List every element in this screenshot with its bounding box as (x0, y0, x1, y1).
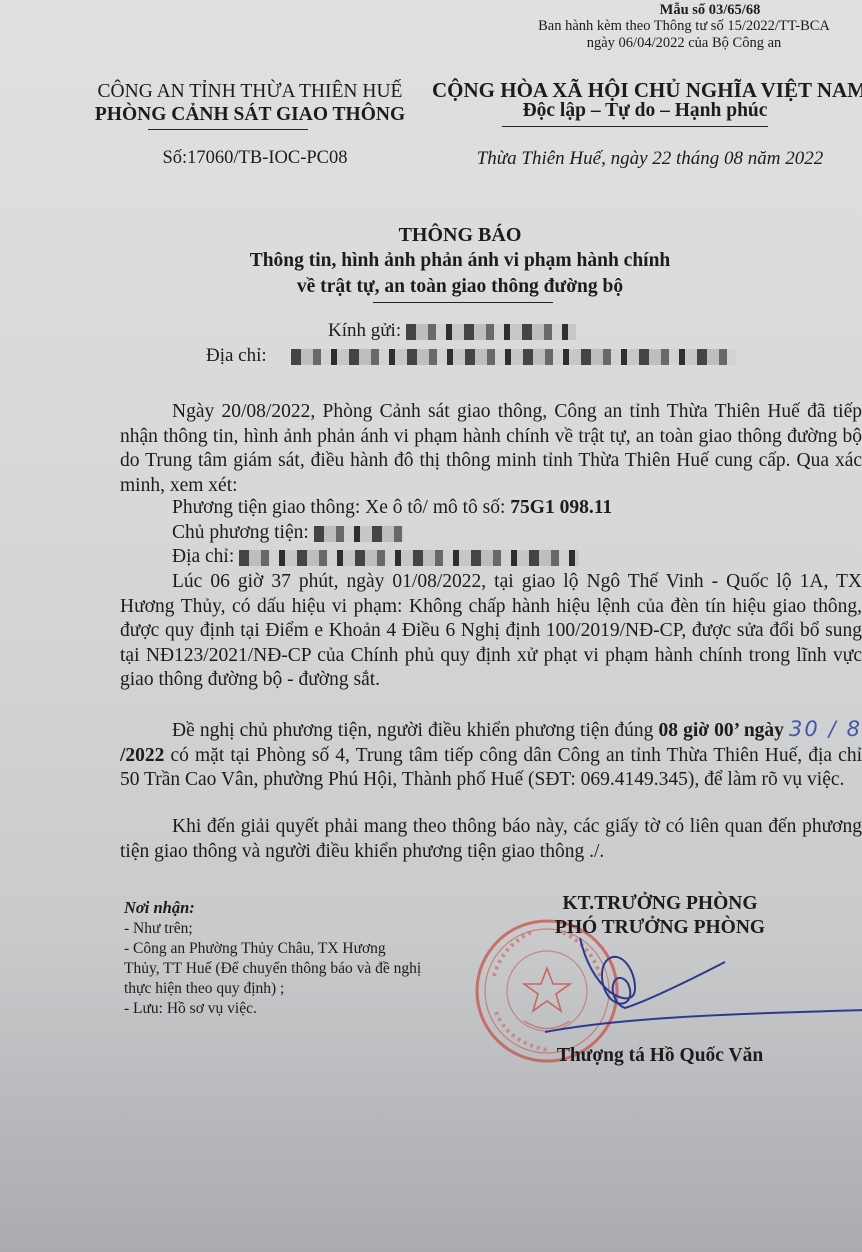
owner-address-label: Địa chỉ: (172, 546, 234, 567)
nation-motto: Độc lập – Tự do – Hạnh phúc (480, 100, 810, 122)
vehicle-label: Phương tiện giao thông: Xe ô tô/ mô tô s… (172, 497, 510, 518)
violation-paragraph: Lúc 06 giờ 37 phút, ngày 01/08/2022, tại… (120, 570, 862, 693)
form-issued-line-1: Ban hành kèm theo Thông tư số 15/2022/TT… (505, 18, 862, 35)
place-date: Thừa Thiên Huế, ngày 22 tháng 08 năm 202… (455, 148, 845, 170)
recipients-heading: Nơi nhận: (124, 898, 195, 918)
owner-label: Chủ phương tiện: (172, 522, 309, 543)
signer-name: Thượng tá Hồ Quốc Văn (510, 1045, 810, 1067)
owner-address-redacted (239, 550, 579, 566)
recipient-item: - Công an Phường Thủy Châu, TX Hương Thủ… (124, 939, 424, 999)
vehicle-plate: 75G1 098.11 (510, 497, 612, 518)
issuer-underline (148, 129, 308, 130)
owner-redacted (314, 526, 404, 542)
summons-year: /2022 (120, 745, 164, 766)
addressee-line: Kính gửi: (328, 320, 576, 342)
form-issued-with: Ban hành kèm theo Thông tư số 15/2022/TT… (505, 18, 862, 52)
document-subtitle-line-1: Thông tin, hình ảnh phản ánh vi phạm hàn… (180, 250, 740, 272)
document-title: THÔNG BÁO (180, 224, 740, 247)
vehicle-line: Phương tiện giao thông: Xe ô tô/ mô tô s… (172, 497, 612, 519)
form-number: Mẫu số 03/65/68 (560, 2, 860, 19)
recipient-item: - Như trên; (124, 919, 424, 939)
signer-role-line-1: KT.TRƯỞNG PHÒNG (510, 893, 810, 915)
recipient-item: - Lưu: Hồ sơ vụ việc. (124, 999, 424, 1019)
summons-time: 08 giờ 00’ ngày (659, 720, 784, 741)
handwritten-date: 30 / 8 (789, 717, 862, 741)
closing-paragraph: Khi đến giải quyết phải mang theo thông … (120, 815, 862, 864)
addressee-redacted (406, 324, 576, 340)
intro-paragraph: Ngày 20/08/2022, Phòng Cảnh sát giao thô… (120, 400, 862, 498)
document-subtitle-line-2: về trật tự, an toàn giao thông đường bộ (180, 276, 740, 298)
addressee-address-label: Địa chỉ: (206, 345, 267, 366)
addressee-label: Kính gửi: (328, 320, 401, 341)
document-number: Số:17060/TB-IOC-PC08 (115, 148, 395, 169)
issuer-parent-org: CÔNG AN TỈNH THỪA THIÊN HUẾ (80, 81, 420, 103)
addressee-address-line: Địa chỉ: (206, 345, 736, 367)
summons-paragraph: Đề nghị chủ phương tiện, người điều khiể… (120, 717, 862, 793)
owner-address-line: Địa chỉ: (172, 546, 579, 568)
handwritten-signature-icon (540, 930, 862, 1050)
issuer-org: PHÒNG CẢNH SÁT GIAO THÔNG (80, 104, 420, 126)
motto-underline (502, 126, 768, 127)
owner-line: Chủ phương tiện: (172, 522, 404, 544)
addressee-address-redacted (291, 349, 736, 365)
form-issued-line-2: ngày 06/04/2022 của Bộ Công an (505, 35, 862, 52)
summons-pre: Đề nghị chủ phương tiện, người điều khiể… (172, 720, 659, 741)
subtitle-underline (373, 302, 553, 303)
summons-post: có mặt tại Phòng số 4, Trung tâm tiếp cô… (120, 745, 862, 791)
